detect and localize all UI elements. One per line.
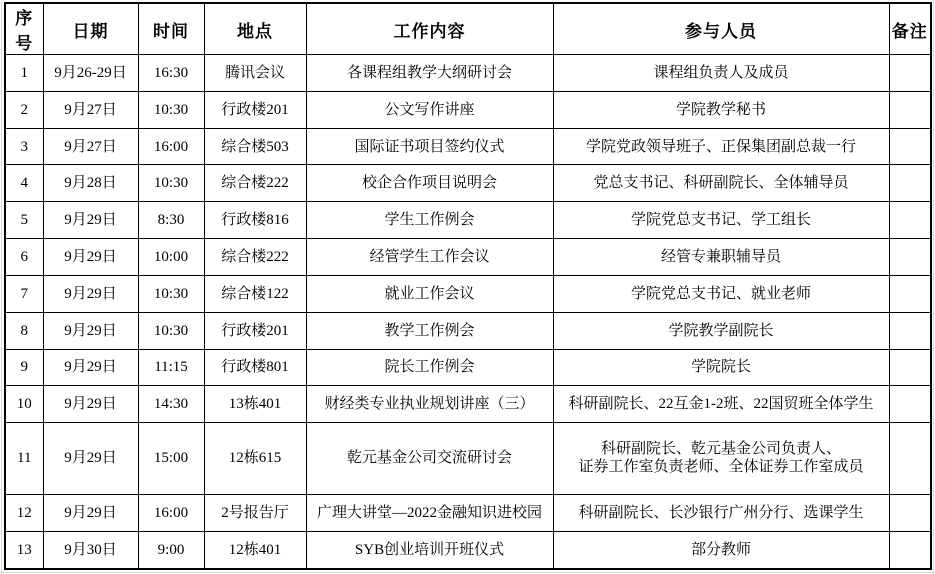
cell-content: 校企合作项目说明会 xyxy=(306,165,553,202)
cell-no: 2 xyxy=(5,91,43,128)
cell-note xyxy=(889,531,931,569)
cell-content: 经管学生工作会议 xyxy=(306,239,553,276)
cell-place: 12栋615 xyxy=(204,423,306,495)
cell-time: 16:30 xyxy=(138,55,204,92)
cell-no: 13 xyxy=(5,531,43,569)
cell-content: 教学工作例会 xyxy=(306,312,553,349)
cell-time: 10:30 xyxy=(138,91,204,128)
table-row: 10 9月29日 14:30 13栋401 财经类专业执业规划讲座（三） 科研副… xyxy=(5,386,931,423)
cell-participants: 学院党总支书记、学工组长 xyxy=(553,202,889,239)
cell-participants: 科研副院长、乾元基金公司负责人、 证券工作室负责老师、全体证券工作室成员 xyxy=(553,423,889,495)
schedule-page: 序号 日期 时间 地点 工作内容 参与人员 备注 1 9月26-29日 16:3… xyxy=(0,0,935,574)
header-note: 备注 xyxy=(889,3,931,55)
cell-note xyxy=(889,91,931,128)
cell-note xyxy=(889,275,931,312)
cell-content: 院长工作例会 xyxy=(306,349,553,386)
header-content: 工作内容 xyxy=(306,3,553,55)
table-row: 6 9月29日 10:00 综合楼222 经管学生工作会议 经管专兼职辅导员 xyxy=(5,239,931,276)
table-row: 3 9月27日 16:00 综合楼503 国际证书项目签约仪式 学院党政领导班子… xyxy=(5,128,931,165)
header-time: 时间 xyxy=(138,3,204,55)
cell-no: 3 xyxy=(5,128,43,165)
cell-date: 9月27日 xyxy=(43,91,138,128)
cell-place: 2号报告厅 xyxy=(204,494,306,531)
cell-no: 6 xyxy=(5,239,43,276)
cell-date: 9月26-29日 xyxy=(43,55,138,92)
cell-place: 行政楼201 xyxy=(204,91,306,128)
cell-place: 腾讯会议 xyxy=(204,55,306,92)
cell-participants: 部分教师 xyxy=(553,531,889,569)
header-no: 序号 xyxy=(5,3,43,55)
table-row: 7 9月29日 10:30 综合楼122 就业工作会议 学院党总支书记、就业老师 xyxy=(5,275,931,312)
cell-participants: 学院党政领导班子、正保集团副总裁一行 xyxy=(553,128,889,165)
cell-time: 10:30 xyxy=(138,275,204,312)
cell-place: 综合楼222 xyxy=(204,239,306,276)
cell-place: 13栋401 xyxy=(204,386,306,423)
cell-time: 10:00 xyxy=(138,239,204,276)
cell-date: 9月29日 xyxy=(43,494,138,531)
cell-participants: 学院党总支书记、就业老师 xyxy=(553,275,889,312)
cell-content: 财经类专业执业规划讲座（三） xyxy=(306,386,553,423)
cell-place: 行政楼801 xyxy=(204,349,306,386)
cell-no: 8 xyxy=(5,312,43,349)
table-row: 5 9月29日 8:30 行政楼816 学生工作例会 学院党总支书记、学工组长 xyxy=(5,202,931,239)
header-place: 地点 xyxy=(204,3,306,55)
cell-no: 11 xyxy=(5,423,43,495)
cell-place: 综合楼222 xyxy=(204,165,306,202)
cell-place: 综合楼122 xyxy=(204,275,306,312)
cell-place: 行政楼816 xyxy=(204,202,306,239)
table-row: 11 9月29日 15:00 12栋615 乾元基金公司交流研讨会 科研副院长、… xyxy=(5,423,931,495)
cell-date: 9月29日 xyxy=(43,423,138,495)
table-row: 1 9月26-29日 16:30 腾讯会议 各课程组教学大纲研讨会 课程组负责人… xyxy=(5,55,931,92)
header-participants: 参与人员 xyxy=(553,3,889,55)
header-date: 日期 xyxy=(43,3,138,55)
cell-note xyxy=(889,494,931,531)
cell-no: 4 xyxy=(5,165,43,202)
cell-note xyxy=(889,312,931,349)
cell-time: 10:30 xyxy=(138,312,204,349)
table-row: 13 9月30日 9:00 12栋401 SYB创业培训开班仪式 部分教师 xyxy=(5,531,931,569)
cell-content: 就业工作会议 xyxy=(306,275,553,312)
cell-participants: 学院院长 xyxy=(553,349,889,386)
cell-participants: 科研副院长、长沙银行广州分行、选课学生 xyxy=(553,494,889,531)
cell-note xyxy=(889,165,931,202)
cell-time: 14:30 xyxy=(138,386,204,423)
cell-content: 乾元基金公司交流研讨会 xyxy=(306,423,553,495)
cell-participants: 经管专兼职辅导员 xyxy=(553,239,889,276)
cell-no: 10 xyxy=(5,386,43,423)
cell-date: 9月27日 xyxy=(43,128,138,165)
table-row: 12 9月29日 16:00 2号报告厅 广理大讲堂—2022金融知识进校园 科… xyxy=(5,494,931,531)
cell-content: 各课程组教学大纲研讨会 xyxy=(306,55,553,92)
table-row: 4 9月28日 10:30 综合楼222 校企合作项目说明会 党总支书记、科研副… xyxy=(5,165,931,202)
cell-date: 9月29日 xyxy=(43,349,138,386)
cell-no: 9 xyxy=(5,349,43,386)
faint-grid-line-right xyxy=(933,0,934,574)
cell-time: 11:15 xyxy=(138,349,204,386)
cell-content: 学生工作例会 xyxy=(306,202,553,239)
table-row: 2 9月27日 10:30 行政楼201 公文写作讲座 学院教学秘书 xyxy=(5,91,931,128)
cell-place: 综合楼503 xyxy=(204,128,306,165)
cell-date: 9月29日 xyxy=(43,275,138,312)
table-row: 9 9月29日 11:15 行政楼801 院长工作例会 学院院长 xyxy=(5,349,931,386)
cell-time: 16:00 xyxy=(138,128,204,165)
cell-participants: 学院教学副院长 xyxy=(553,312,889,349)
cell-participants: 科研副院长、22互金1-2班、22国贸班全体学生 xyxy=(553,386,889,423)
cell-note xyxy=(889,128,931,165)
cell-time: 9:00 xyxy=(138,531,204,569)
cell-participants: 党总支书记、科研副院长、全体辅导员 xyxy=(553,165,889,202)
cell-date: 9月28日 xyxy=(43,165,138,202)
work-schedule-table: 序号 日期 时间 地点 工作内容 参与人员 备注 1 9月26-29日 16:3… xyxy=(4,2,932,570)
cell-content: 国际证书项目签约仪式 xyxy=(306,128,553,165)
cell-place: 行政楼201 xyxy=(204,312,306,349)
cell-time: 10:30 xyxy=(138,165,204,202)
cell-note xyxy=(889,386,931,423)
faint-grid-line-bottom xyxy=(0,572,935,573)
cell-no: 7 xyxy=(5,275,43,312)
cell-content: SYB创业培训开班仪式 xyxy=(306,531,553,569)
cell-content: 广理大讲堂—2022金融知识进校园 xyxy=(306,494,553,531)
cell-no: 1 xyxy=(5,55,43,92)
header-row: 序号 日期 时间 地点 工作内容 参与人员 备注 xyxy=(5,3,931,55)
table-row: 8 9月29日 10:30 行政楼201 教学工作例会 学院教学副院长 xyxy=(5,312,931,349)
cell-note xyxy=(889,202,931,239)
cell-time: 15:00 xyxy=(138,423,204,495)
cell-date: 9月29日 xyxy=(43,239,138,276)
faint-grid-line-left xyxy=(1,0,2,574)
cell-place: 12栋401 xyxy=(204,531,306,569)
cell-time: 8:30 xyxy=(138,202,204,239)
cell-time: 16:00 xyxy=(138,494,204,531)
cell-date: 9月29日 xyxy=(43,312,138,349)
cell-no: 12 xyxy=(5,494,43,531)
cell-date: 9月30日 xyxy=(43,531,138,569)
cell-note xyxy=(889,349,931,386)
cell-participants: 学院教学秘书 xyxy=(553,91,889,128)
cell-date: 9月29日 xyxy=(43,202,138,239)
cell-participants: 课程组负责人及成员 xyxy=(553,55,889,92)
cell-note xyxy=(889,423,931,495)
cell-note xyxy=(889,239,931,276)
cell-content: 公文写作讲座 xyxy=(306,91,553,128)
cell-note xyxy=(889,55,931,92)
cell-no: 5 xyxy=(5,202,43,239)
cell-date: 9月29日 xyxy=(43,386,138,423)
